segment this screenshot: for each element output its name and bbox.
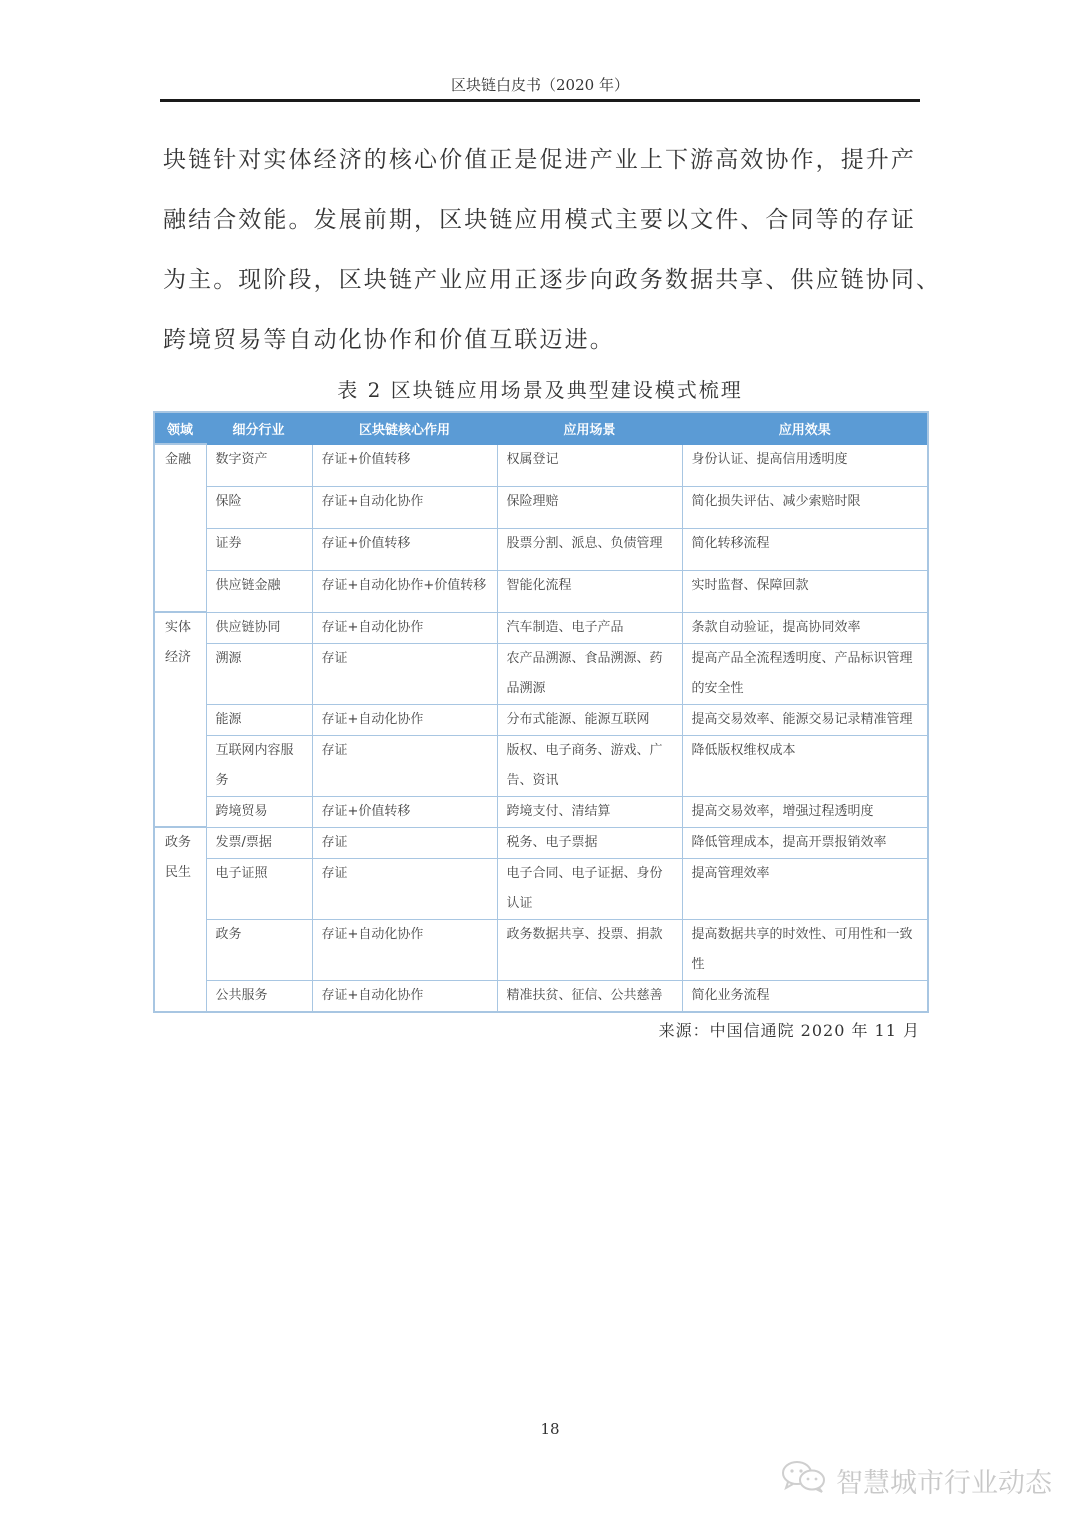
scenario-cell: 税务、电子票据 xyxy=(497,827,682,858)
role-cell: 存证 xyxy=(312,858,497,919)
industry-cell: 供应链金融 xyxy=(206,570,312,612)
paragraph-line: 块链针对实体经济的核心价值正是促进产业上下游高效协作，提升产 xyxy=(163,130,923,190)
effect-cell: 简化业务流程 xyxy=(682,980,928,1012)
watermark-text: 智慧城市行业动态 xyxy=(836,1461,1052,1500)
effect-cell: 条款自动验证，提高协同效率 xyxy=(682,612,928,643)
role-cell: 存证+自动化协作 xyxy=(312,612,497,643)
scenario-cell: 跨境支付、清结算 xyxy=(497,796,682,827)
role-cell: 存证 xyxy=(312,827,497,858)
effect-cell: 降低版权维权成本 xyxy=(682,735,928,796)
column-header-domain: 领域 xyxy=(154,412,206,444)
source-note: 来源：中国信通院 2020 年 11 月 xyxy=(640,1018,920,1041)
industry-cell: 电子证照 xyxy=(206,858,312,919)
role-cell: 存证+自动化协作+价值转移 xyxy=(312,570,497,612)
scenario-cell: 股票分割、派息、负债管理 xyxy=(497,528,682,570)
page-number: 18 xyxy=(520,1420,580,1438)
column-header-role: 区块链核心作用 xyxy=(312,412,497,444)
scenario-cell: 电子合同、电子证据、身份认证 xyxy=(497,858,682,919)
scenario-cell: 权属登记 xyxy=(497,444,682,486)
role-cell: 存证+价值转移 xyxy=(312,444,497,486)
scenario-cell: 精准扶贫、征信、公共慈善 xyxy=(497,980,682,1012)
scenario-cell: 汽车制造、电子产品 xyxy=(497,612,682,643)
role-cell: 存证+价值转移 xyxy=(312,796,497,827)
table-row: 实体 经济 供应链协同 存证+自动化协作 汽车制造、电子产品 条款自动验证，提高… xyxy=(154,612,928,643)
industry-cell: 溯源 xyxy=(206,643,312,704)
paragraph-line: 为主。现阶段，区块链产业应用正逐步向政务数据共享、供应链协同、 xyxy=(163,250,923,310)
role-cell: 存证+自动化协作 xyxy=(312,486,497,528)
scenario-cell: 农产品溯源、食品溯源、药品溯源 xyxy=(497,643,682,704)
table-row: 政务 民生 发票/票据 存证 税务、电子票据 降低管理成本，提高开票报销效率 xyxy=(154,827,928,858)
domain-cell-government: 政务 民生 xyxy=(154,827,206,1012)
scenario-cell: 分布式能源、能源互联网 xyxy=(497,704,682,735)
blockchain-scenarios-table: 领域 细分行业 区块链核心作用 应用场景 应用效果 金融 数字资产 存证+价值转… xyxy=(153,411,929,1013)
industry-cell: 互联网内容服务 xyxy=(206,735,312,796)
effect-cell: 提高管理效率 xyxy=(682,858,928,919)
effect-cell: 降低管理成本，提高开票报销效率 xyxy=(682,827,928,858)
effect-cell: 简化损失评估、减少索赔时限 xyxy=(682,486,928,528)
role-cell: 存证+自动化协作 xyxy=(312,919,497,980)
table-row: 金融 数字资产 存证+价值转移 权属登记 身份认证、提高信用透明度 xyxy=(154,444,928,486)
table-row: 溯源 存证 农产品溯源、食品溯源、药品溯源 提高产品全流程透明度、产品标识管理的… xyxy=(154,643,928,704)
table-row: 跨境贸易 存证+价值转移 跨境支付、清结算 提高交易效率，增强过程透明度 xyxy=(154,796,928,827)
industry-cell: 能源 xyxy=(206,704,312,735)
industry-cell: 供应链协同 xyxy=(206,612,312,643)
watermark: 智慧城市行业动态 xyxy=(780,1458,1060,1502)
industry-cell: 政务 xyxy=(206,919,312,980)
column-header-scenario: 应用场景 xyxy=(497,412,682,444)
industry-cell: 保险 xyxy=(206,486,312,528)
table-header-row: 领域 细分行业 区块链核心作用 应用场景 应用效果 xyxy=(154,412,928,444)
table-row: 保险 存证+自动化协作 保险理赔 简化损失评估、减少索赔时限 xyxy=(154,486,928,528)
table-row: 政务 存证+自动化协作 政务数据共享、投票、捐款 提高数据共享的时效性、可用性和… xyxy=(154,919,928,980)
table-row: 供应链金融 存证+自动化协作+价值转移 智能化流程 实时监督、保障回款 xyxy=(154,570,928,612)
role-cell: 存证 xyxy=(312,735,497,796)
effect-cell: 身份认证、提高信用透明度 xyxy=(682,444,928,486)
column-header-effect: 应用效果 xyxy=(682,412,928,444)
scenario-cell: 智能化流程 xyxy=(497,570,682,612)
effect-cell: 提高产品全流程透明度、产品标识管理的安全性 xyxy=(682,643,928,704)
effect-cell: 简化转移流程 xyxy=(682,528,928,570)
table-caption: 表 2 区块链应用场景及典型建设模式梳理 xyxy=(160,374,920,403)
domain-cell-real-economy: 实体 经济 xyxy=(154,612,206,827)
industry-cell: 证券 xyxy=(206,528,312,570)
scenario-cell: 保险理赔 xyxy=(497,486,682,528)
scenario-cell: 政务数据共享、投票、捐款 xyxy=(497,919,682,980)
paragraph-line: 跨境贸易等自动化协作和价值互联迈进。 xyxy=(163,310,923,370)
effect-cell: 提高交易效率，增强过程透明度 xyxy=(682,796,928,827)
industry-cell: 发票/票据 xyxy=(206,827,312,858)
wechat-icon xyxy=(780,1460,828,1501)
table-row: 能源 存证+自动化协作 分布式能源、能源互联网 提高交易效率、能源交易记录精准管… xyxy=(154,704,928,735)
page-header-title: 区块链白皮书（2020 年） xyxy=(160,74,920,95)
industry-cell: 数字资产 xyxy=(206,444,312,486)
domain-cell-finance: 金融 xyxy=(154,444,206,612)
role-cell: 存证+自动化协作 xyxy=(312,704,497,735)
table-row: 互联网内容服务 存证 版权、电子商务、游戏、广告、资讯 降低版权维权成本 xyxy=(154,735,928,796)
table-row: 公共服务 存证+自动化协作 精准扶贫、征信、公共慈善 简化业务流程 xyxy=(154,980,928,1012)
role-cell: 存证 xyxy=(312,643,497,704)
column-header-industry: 细分行业 xyxy=(206,412,312,444)
body-paragraph: 块链针对实体经济的核心价值正是促进产业上下游高效协作，提升产 融结合效能。发展前… xyxy=(163,130,923,370)
role-cell: 存证+自动化协作 xyxy=(312,980,497,1012)
effect-cell: 提高交易效率、能源交易记录精准管理 xyxy=(682,704,928,735)
scenario-cell: 版权、电子商务、游戏、广告、资讯 xyxy=(497,735,682,796)
header-divider xyxy=(160,99,920,102)
table-row: 证券 存证+价值转移 股票分割、派息、负债管理 简化转移流程 xyxy=(154,528,928,570)
paragraph-line: 融结合效能。发展前期，区块链应用模式主要以文件、合同等的存证 xyxy=(163,190,923,250)
effect-cell: 实时监督、保障回款 xyxy=(682,570,928,612)
table-row: 电子证照 存证 电子合同、电子证据、身份认证 提高管理效率 xyxy=(154,858,928,919)
industry-cell: 公共服务 xyxy=(206,980,312,1012)
effect-cell: 提高数据共享的时效性、可用性和一致性 xyxy=(682,919,928,980)
industry-cell: 跨境贸易 xyxy=(206,796,312,827)
role-cell: 存证+价值转移 xyxy=(312,528,497,570)
